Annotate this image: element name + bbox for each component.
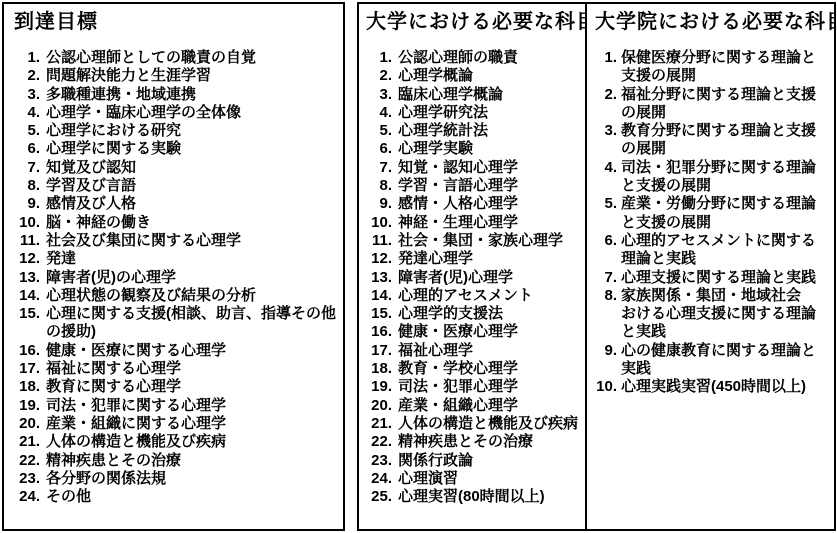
item-number: 23. <box>366 452 392 470</box>
item-number: 8. <box>14 177 40 195</box>
list-item: 6. 心理的アセスメントに関する 理論と実践 <box>595 232 832 269</box>
item-number: 8. <box>366 177 392 195</box>
item-text: 学習及び言語 <box>46 177 136 195</box>
item-text: 各分野の関係法規 <box>46 470 166 488</box>
list-item: 10. 脳・神経の働き <box>14 214 339 232</box>
panel-graduate-subjects: 大学院における必要な科目 1. 保健医療分野に関する理論と 支援の展開 2. 福… <box>585 2 836 531</box>
item-number: 21. <box>14 433 40 451</box>
list-item: 3. 臨床心理学概論 <box>366 86 583 104</box>
item-number: 2. <box>595 86 617 104</box>
list-item: 15. 心理学的支援法 <box>366 305 583 323</box>
item-text: 司法・犯罪分野に関する理論 と支援の展開 <box>621 159 816 196</box>
item-number: 18. <box>14 378 40 396</box>
item-text: 心理状態の観察及び結果の分析 <box>46 287 256 305</box>
item-number: 25. <box>366 488 392 506</box>
item-text: 臨床心理学概論 <box>398 86 503 104</box>
item-number: 2. <box>366 67 392 85</box>
item-text: 心理学統計法 <box>398 122 488 140</box>
item-number: 13. <box>366 269 392 287</box>
list-item: 18. 教育に関する心理学 <box>14 378 339 396</box>
item-text: 健康・医療心理学 <box>398 323 518 341</box>
item-number: 1. <box>595 49 617 67</box>
list-item: 1. 公認心理師としての職責の自覚 <box>14 49 339 67</box>
item-number: 1. <box>366 49 392 67</box>
item-number: 15. <box>366 305 392 323</box>
item-text: 福祉分野に関する理論と支援 の展開 <box>621 86 816 123</box>
item-text: 福祉心理学 <box>398 342 473 360</box>
list-item: 14. 心理状態の観察及び結果の分析 <box>14 287 339 305</box>
list-item: 22. 精神疾患とその治療 <box>366 433 583 451</box>
item-number: 6. <box>595 232 617 250</box>
list-item: 13. 障害者(児)の心理学 <box>14 269 339 287</box>
list-item: 2. 福祉分野に関する理論と支援 の展開 <box>595 86 832 123</box>
item-text: 家族関係・集団・地域社会 おける心理支援に関する理論 と実践 <box>621 287 816 342</box>
item-text: 心理学的支援法 <box>398 305 503 323</box>
list-item: 24. 心理演習 <box>366 470 583 488</box>
item-text: 産業・労働分野に関する理論 と支援の展開 <box>621 195 816 232</box>
item-number: 4. <box>14 104 40 122</box>
item-text: 問題解決能力と生涯学習 <box>46 67 211 85</box>
list-item: 4. 心理学・臨床心理学の全体像 <box>14 104 339 122</box>
item-number: 3. <box>595 122 617 140</box>
item-number: 13. <box>14 269 40 287</box>
item-number: 16. <box>366 323 392 341</box>
item-number: 3. <box>366 86 392 104</box>
item-text: 社会・集団・家族心理学 <box>398 232 563 250</box>
item-number: 7. <box>595 269 617 287</box>
list-item: 5. 心理学における研究 <box>14 122 339 140</box>
list-item: 23. 関係行政論 <box>366 452 583 470</box>
item-text: 心理実習(80時間以上) <box>398 488 545 506</box>
item-text: 心理的アセスメントに関する 理論と実践 <box>621 232 816 269</box>
item-text: 学習・言語心理学 <box>398 177 518 195</box>
item-number: 4. <box>595 159 617 177</box>
list-item: 8. 学習及び言語 <box>14 177 339 195</box>
item-text: 精神疾患とその治療 <box>398 433 533 451</box>
item-number: 24. <box>366 470 392 488</box>
list-item: 19. 司法・犯罪心理学 <box>366 378 583 396</box>
item-text: 発達心理学 <box>398 250 473 268</box>
list-item: 22. 精神疾患とその治療 <box>14 452 339 470</box>
list-item: 9. 感情及び人格 <box>14 195 339 213</box>
item-text: 保健医療分野に関する理論と 支援の展開 <box>621 49 816 86</box>
list-item: 20. 産業・組織心理学 <box>366 397 583 415</box>
list-item: 13. 障害者(児)心理学 <box>366 269 583 287</box>
item-text: 司法・犯罪に関する心理学 <box>46 397 226 415</box>
list-item: 9. 心の健康教育に関する理論と 実践 <box>595 342 832 379</box>
item-text: 心理学における研究 <box>46 122 181 140</box>
item-text: 産業・組織心理学 <box>398 397 518 415</box>
item-text: 発達 <box>46 250 76 268</box>
item-number: 22. <box>14 452 40 470</box>
list-item: 20. 産業・組織に関する心理学 <box>14 415 339 433</box>
list-item: 2. 心理学概論 <box>366 67 583 85</box>
item-number: 8. <box>595 287 617 305</box>
item-text: 福祉に関する心理学 <box>46 360 181 378</box>
item-number: 5. <box>366 122 392 140</box>
item-number: 20. <box>366 397 392 415</box>
list-item: 7. 知覚・認知心理学 <box>366 159 583 177</box>
list-item: 4. 心理学研究法 <box>366 104 583 122</box>
item-text: 心理支援に関する理論と実践 <box>621 269 816 287</box>
list-item: 11. 社会及び集団に関する心理学 <box>14 232 339 250</box>
item-text: 心理学・臨床心理学の全体像 <box>46 104 241 122</box>
item-text: 知覚・認知心理学 <box>398 159 518 177</box>
item-text: 神経・生理心理学 <box>398 214 518 232</box>
item-text: 公認心理師としての職責の自覚 <box>46 49 256 67</box>
item-text: 障害者(児)の心理学 <box>46 269 176 287</box>
list-item: 6. 心理学に関する実験 <box>14 140 339 158</box>
item-number: 7. <box>366 159 392 177</box>
item-number: 17. <box>14 360 40 378</box>
list-item: 10. 心理実践実習(450時間以上) <box>595 378 832 396</box>
item-text: 心理に関する支援(相談、助言、指導その他 の援助) <box>46 305 336 342</box>
item-text: 精神疾患とその治療 <box>46 452 181 470</box>
list-item: 6. 心理学実験 <box>366 140 583 158</box>
item-number: 9. <box>595 342 617 360</box>
item-text: 心理学実験 <box>398 140 473 158</box>
item-text: 心理学に関する実験 <box>46 140 181 158</box>
item-number: 3. <box>14 86 40 104</box>
item-number: 10. <box>366 214 392 232</box>
item-number: 16. <box>14 342 40 360</box>
list-item: 12. 発達心理学 <box>366 250 583 268</box>
list-item: 23. 各分野の関係法規 <box>14 470 339 488</box>
item-number: 10. <box>14 214 40 232</box>
item-number: 12. <box>366 250 392 268</box>
panel-attainment-goals-title: 到達目標 <box>14 10 339 34</box>
item-text: その他 <box>46 488 91 506</box>
attainment-goals-list: 1. 公認心理師としての職責の自覚 2. 問題解決能力と生涯学習 3. 多職種連… <box>14 49 339 506</box>
graduate-subjects-list: 1. 保健医療分野に関する理論と 支援の展開 2. 福祉分野に関する理論と支援 … <box>595 49 832 397</box>
item-number: 6. <box>366 140 392 158</box>
item-text: 感情及び人格 <box>46 195 136 213</box>
list-item: 2. 問題解決能力と生涯学習 <box>14 67 339 85</box>
item-number: 11. <box>14 232 40 250</box>
list-item: 3. 教育分野に関する理論と支援 の展開 <box>595 122 832 159</box>
list-item: 19. 司法・犯罪に関する心理学 <box>14 397 339 415</box>
item-text: 教育・学校心理学 <box>398 360 518 378</box>
item-number: 19. <box>366 378 392 396</box>
panel-university-subjects: 大学における必要な科目 1. 公認心理師の職責 2. 心理学概論 3. 臨床心理… <box>357 2 587 531</box>
list-item: 12. 発達 <box>14 250 339 268</box>
item-text: 教育分野に関する理論と支援 の展開 <box>621 122 816 159</box>
item-number: 11. <box>366 232 392 250</box>
list-item: 25. 心理実習(80時間以上) <box>366 488 583 506</box>
item-text: 心理学研究法 <box>398 104 488 122</box>
item-text: 健康・医療に関する心理学 <box>46 342 226 360</box>
list-item: 7. 心理支援に関する理論と実践 <box>595 269 832 287</box>
item-text: 公認心理師の職責 <box>398 49 518 67</box>
list-item: 7. 知覚及び認知 <box>14 159 339 177</box>
list-item: 11. 社会・集団・家族心理学 <box>366 232 583 250</box>
list-item: 1. 保健医療分野に関する理論と 支援の展開 <box>595 49 832 86</box>
item-number: 23. <box>14 470 40 488</box>
item-number: 1. <box>14 49 40 67</box>
item-text: 心理演習 <box>398 470 458 488</box>
item-number: 9. <box>14 195 40 213</box>
item-number: 20. <box>14 415 40 433</box>
item-text: 心理実践実習(450時間以上) <box>621 378 806 396</box>
list-item: 9. 感情・人格心理学 <box>366 195 583 213</box>
item-text: 脳・神経の働き <box>46 214 151 232</box>
item-text: 心の健康教育に関する理論と 実践 <box>621 342 816 379</box>
item-text: 教育に関する心理学 <box>46 378 181 396</box>
item-number: 12. <box>14 250 40 268</box>
list-item: 21. 人体の構造と機能及び疾病 <box>366 415 583 433</box>
list-item: 10. 神経・生理心理学 <box>366 214 583 232</box>
item-number: 21. <box>366 415 392 433</box>
item-text: 感情・人格心理学 <box>398 195 518 213</box>
item-number: 17. <box>366 342 392 360</box>
panel-university-subjects-title: 大学における必要な科目 <box>366 10 583 34</box>
curriculum-figure: 到達目標 1. 公認心理師としての職責の自覚 2. 問題解決能力と生涯学習 3.… <box>0 0 837 533</box>
item-number: 10. <box>595 378 617 396</box>
list-item: 3. 多職種連携・地域連携 <box>14 86 339 104</box>
item-number: 22. <box>366 433 392 451</box>
list-item: 18. 教育・学校心理学 <box>366 360 583 378</box>
item-number: 15. <box>14 305 40 323</box>
item-text: 産業・組織に関する心理学 <box>46 415 226 433</box>
item-text: 関係行政論 <box>398 452 473 470</box>
item-number: 6. <box>14 140 40 158</box>
item-number: 7. <box>14 159 40 177</box>
item-number: 14. <box>366 287 392 305</box>
list-item: 21. 人体の構造と機能及び疾病 <box>14 433 339 451</box>
list-item: 8. 学習・言語心理学 <box>366 177 583 195</box>
item-text: 司法・犯罪心理学 <box>398 378 518 396</box>
item-number: 14. <box>14 287 40 305</box>
item-number: 19. <box>14 397 40 415</box>
list-item: 16. 健康・医療に関する心理学 <box>14 342 339 360</box>
item-number: 5. <box>14 122 40 140</box>
list-item: 17. 福祉に関する心理学 <box>14 360 339 378</box>
item-text: 心理学概論 <box>398 67 473 85</box>
item-text: 人体の構造と機能及び疾病 <box>46 433 226 451</box>
panel-attainment-goals: 到達目標 1. 公認心理師としての職責の自覚 2. 問題解決能力と生涯学習 3.… <box>2 2 345 531</box>
item-text: 社会及び集団に関する心理学 <box>46 232 241 250</box>
list-item: 17. 福祉心理学 <box>366 342 583 360</box>
item-number: 9. <box>366 195 392 213</box>
university-subjects-list: 1. 公認心理師の職責 2. 心理学概論 3. 臨床心理学概論 4. 心理学研究… <box>366 49 583 506</box>
item-number: 5. <box>595 195 617 213</box>
item-text: 知覚及び認知 <box>46 159 136 177</box>
panel-graduate-subjects-title: 大学院における必要な科目 <box>595 10 832 34</box>
list-item: 14. 心理的アセスメント <box>366 287 583 305</box>
list-item: 1. 公認心理師の職責 <box>366 49 583 67</box>
item-number: 2. <box>14 67 40 85</box>
item-text: 障害者(児)心理学 <box>398 269 513 287</box>
item-text: 多職種連携・地域連携 <box>46 86 196 104</box>
list-item: 16. 健康・医療心理学 <box>366 323 583 341</box>
item-number: 24. <box>14 488 40 506</box>
item-text: 人体の構造と機能及び疾病 <box>398 415 578 433</box>
item-number: 4. <box>366 104 392 122</box>
item-number: 18. <box>366 360 392 378</box>
list-item: 8. 家族関係・集団・地域社会 おける心理支援に関する理論 と実践 <box>595 287 832 342</box>
list-item: 4. 司法・犯罪分野に関する理論 と支援の展開 <box>595 159 832 196</box>
list-item: 5. 心理学統計法 <box>366 122 583 140</box>
list-item: 5. 産業・労働分野に関する理論 と支援の展開 <box>595 195 832 232</box>
list-item: 24. その他 <box>14 488 339 506</box>
item-text: 心理的アセスメント <box>398 287 533 305</box>
list-item: 15. 心理に関する支援(相談、助言、指導その他 の援助) <box>14 305 339 342</box>
